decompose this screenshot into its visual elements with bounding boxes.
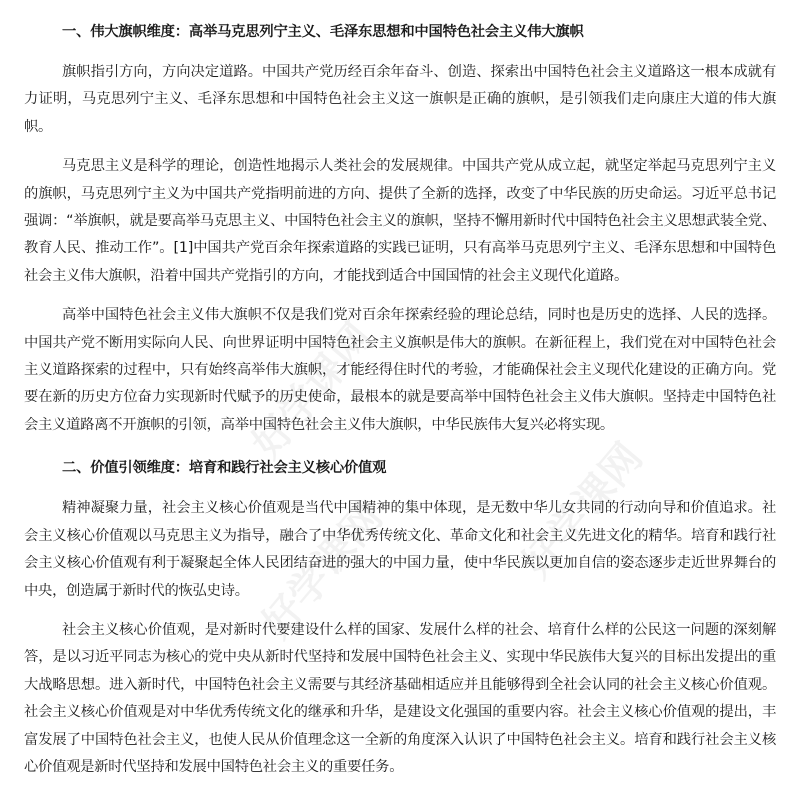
paragraph: 精神凝聚力量，社会主义核心价值观是当代中国精神的集中体现，是无数中华儿女共同的行…: [24, 495, 776, 605]
paragraph: 旗帜指引方向，方向决定道路。中国共产党历经百余年奋斗、创造、探索出中国特色社会主…: [24, 59, 776, 141]
section-heading-2: 二、价值引领维度：培育和践行社会主义核心价值观: [24, 458, 776, 478]
paragraph: 马克思主义是科学的理论，创造性地揭示人类社会的发展规律。中国共产党从成立起，就坚…: [24, 153, 776, 290]
section-heading-1: 一、伟大旗帜维度：高举马克思列宁主义、毛泽东思想和中国特色社会主义伟大旗帜: [24, 22, 776, 42]
paragraph: 高举中国特色社会主义伟大旗帜不仅是我们党对百余年探索经验的理论总结，同时也是历史…: [24, 302, 776, 439]
document-page: 一、伟大旗帜维度：高举马克思列宁主义、毛泽东思想和中国特色社会主义伟大旗帜 旗帜…: [24, 0, 776, 781]
paragraph: 社会主义核心价值观，是对新时代要建设什么样的国家、发展什么样的社会、培育什么样的…: [24, 617, 776, 781]
